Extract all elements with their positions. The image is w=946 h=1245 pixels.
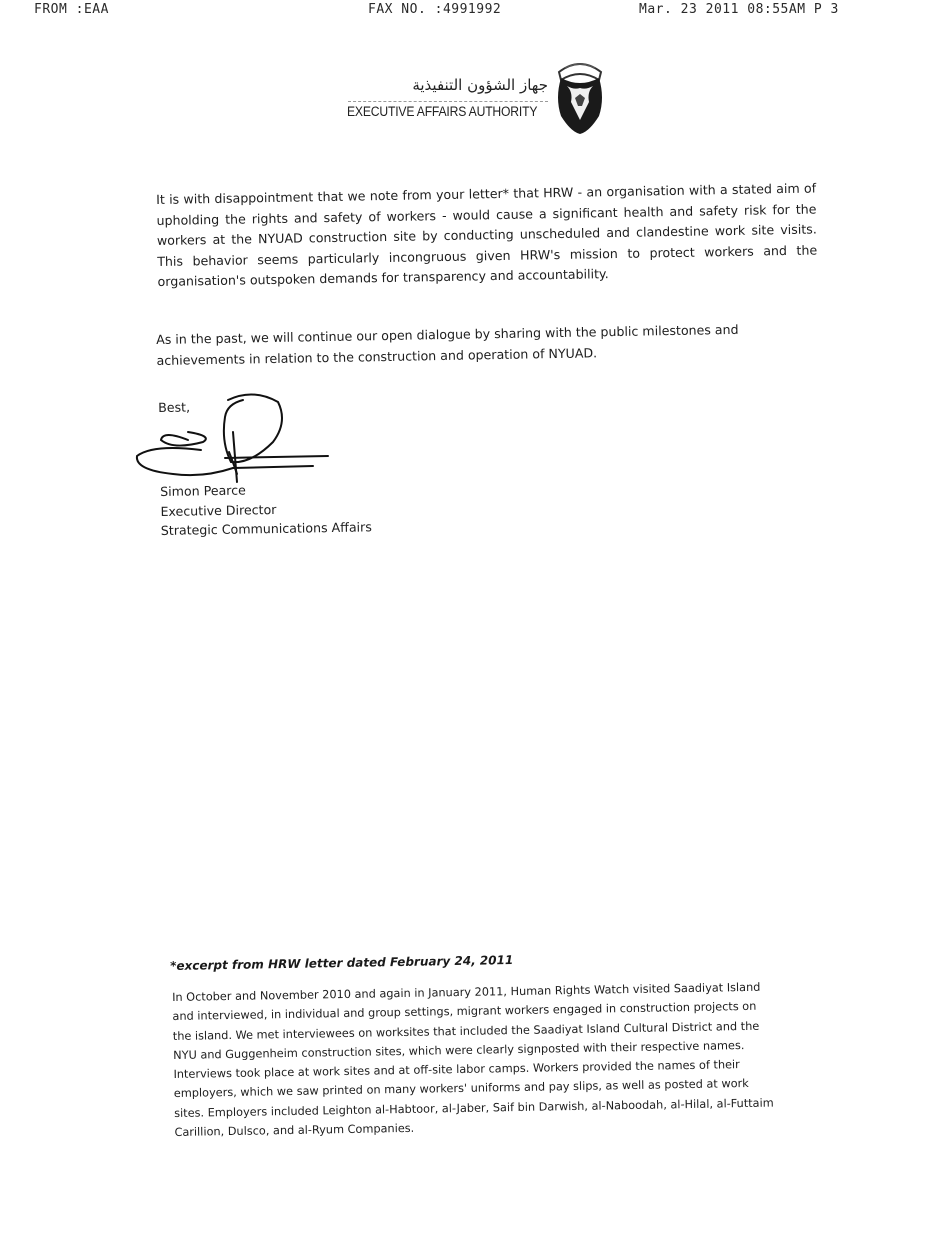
signatory-department: Strategic Communications Affairs <box>161 517 372 540</box>
excerpt-title: *excerpt from HRW letter dated February … <box>170 953 513 973</box>
excerpt-body: In October and November 2010 and again i… <box>172 977 815 1143</box>
letterhead-divider <box>348 101 548 102</box>
letterhead-english-name: EXECUTIVE AFFAIRS AUTHORITY <box>347 104 537 119</box>
falcon-emblem-icon <box>551 58 609 136</box>
letterhead: جهاز الشؤون التنفيذية EXECUTIVE AFFAIRS … <box>345 58 615 138</box>
fax-date-page: Mar. 23 2011 08:55AM P 3 <box>639 2 839 17</box>
letter-paragraph-2: As in the past, we will continue our ope… <box>156 318 817 371</box>
fax-transmission-header: FROM :EAA FAX NO. :4991992 Mar. 23 2011 … <box>0 2 946 22</box>
signature-block: Simon Pearce Executive Director Strategi… <box>160 478 372 540</box>
letterhead-arabic-name: جهاز الشؤون التنفيذية <box>348 76 548 94</box>
fax-number: FAX NO. :4991992 <box>368 2 501 17</box>
fax-from: FROM :EAA <box>34 2 109 17</box>
letter-paragraph-1: It is with disappointment that we note f… <box>156 178 818 292</box>
